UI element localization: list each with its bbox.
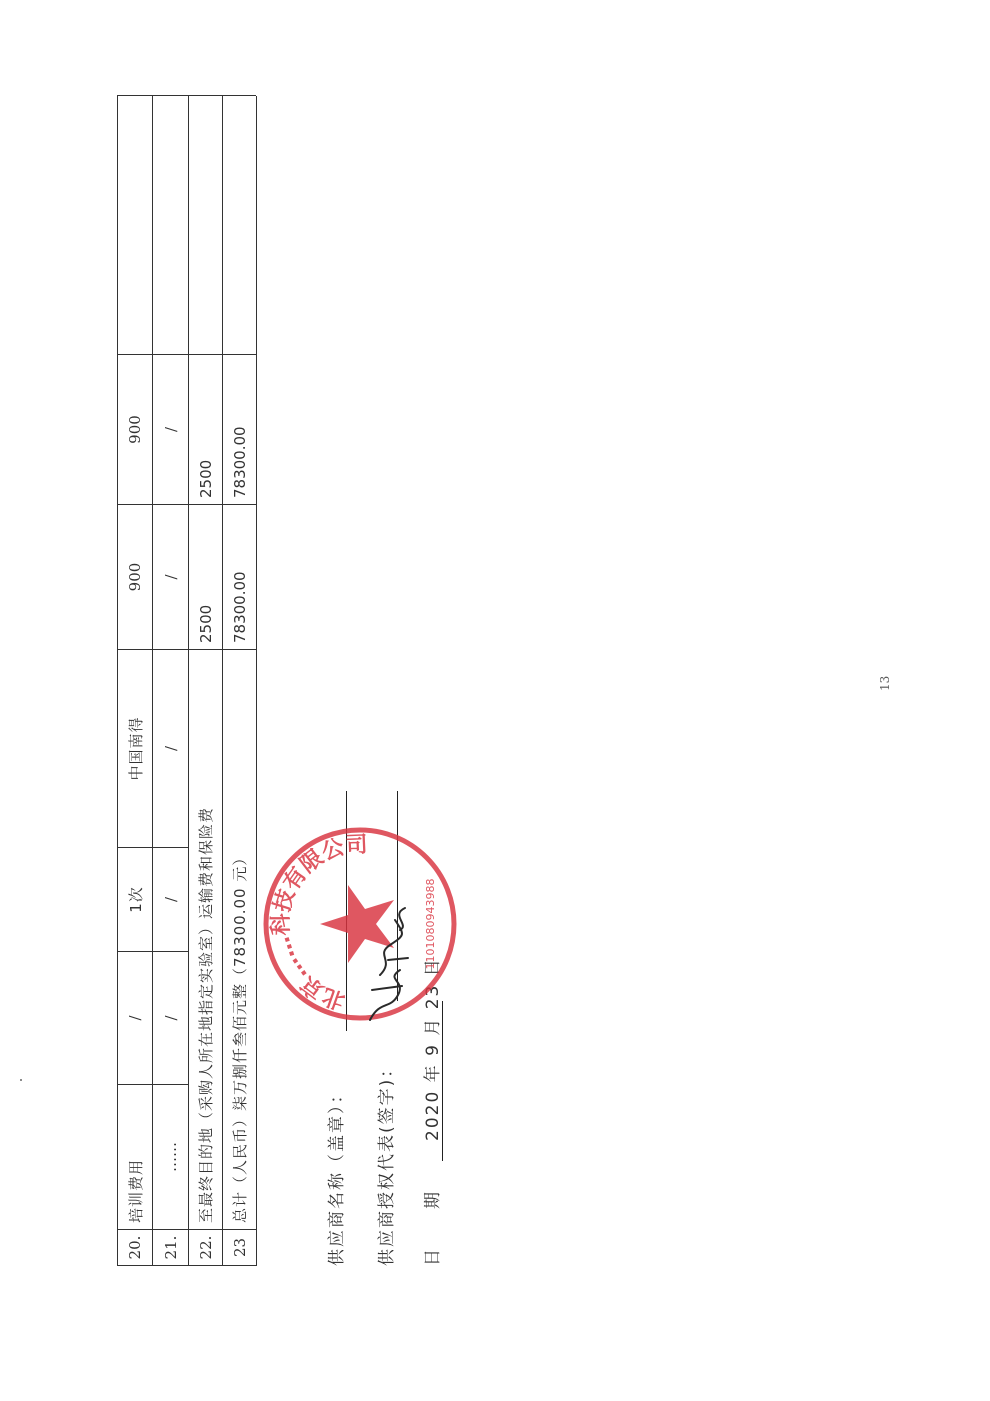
empty-cell <box>152 96 188 355</box>
unit-price-cell: 2500 <box>188 505 222 650</box>
unit-cell: / <box>117 952 152 1085</box>
unit-price-cell: 78300.00 <box>222 505 256 650</box>
row-number: 22. <box>188 1230 222 1266</box>
row-number: 21. <box>152 1230 188 1266</box>
svg-text:1101080943988: 1101080943988 <box>424 879 437 970</box>
item-name: 至最终目的地（采购人所在地指定实验室）运输费和保险费 <box>188 650 222 1230</box>
empty-cell <box>222 96 256 355</box>
unit-cell: / <box>152 952 188 1085</box>
representative-label: 供应商授权代表(签字)： <box>372 1059 397 1266</box>
row-number: 23 <box>222 1230 256 1266</box>
quantity-cell: 1次 <box>117 848 152 952</box>
item-name: 培训费用 <box>117 1085 152 1230</box>
row-number: 20. <box>117 1230 152 1266</box>
total-price-cell: 900 <box>117 355 152 505</box>
total-price-cell: / <box>152 355 188 505</box>
total-price-cell: 78300.00 <box>222 355 256 505</box>
total-description: 总计（人民币）柒万捌仟叁佰元整（78300.00 元） <box>222 650 256 1230</box>
total-price-cell: 2500 <box>188 355 222 505</box>
unit-price-cell: 900 <box>117 505 152 650</box>
unit-price-cell: / <box>152 505 188 650</box>
quantity-cell: / <box>152 848 188 952</box>
supplier-name-label: 供应商名称（盖章）： <box>322 1085 347 1267</box>
rotated-page-content: 20. 培训费用 / 1次 中国南得 900 900 21. …… / / / … <box>0 0 990 1401</box>
page-number: 13 <box>878 676 892 691</box>
empty-cell <box>117 96 152 355</box>
item-name: …… <box>152 1085 188 1230</box>
table-bottom-border <box>256 96 257 1266</box>
empty-cell <box>188 96 222 355</box>
table-right-border <box>117 95 256 96</box>
origin-cell: / <box>152 650 188 848</box>
date-label: 日 期 <box>418 1190 443 1266</box>
handwritten-signature <box>360 900 420 1040</box>
origin-cell: 中国南得 <box>117 650 152 848</box>
